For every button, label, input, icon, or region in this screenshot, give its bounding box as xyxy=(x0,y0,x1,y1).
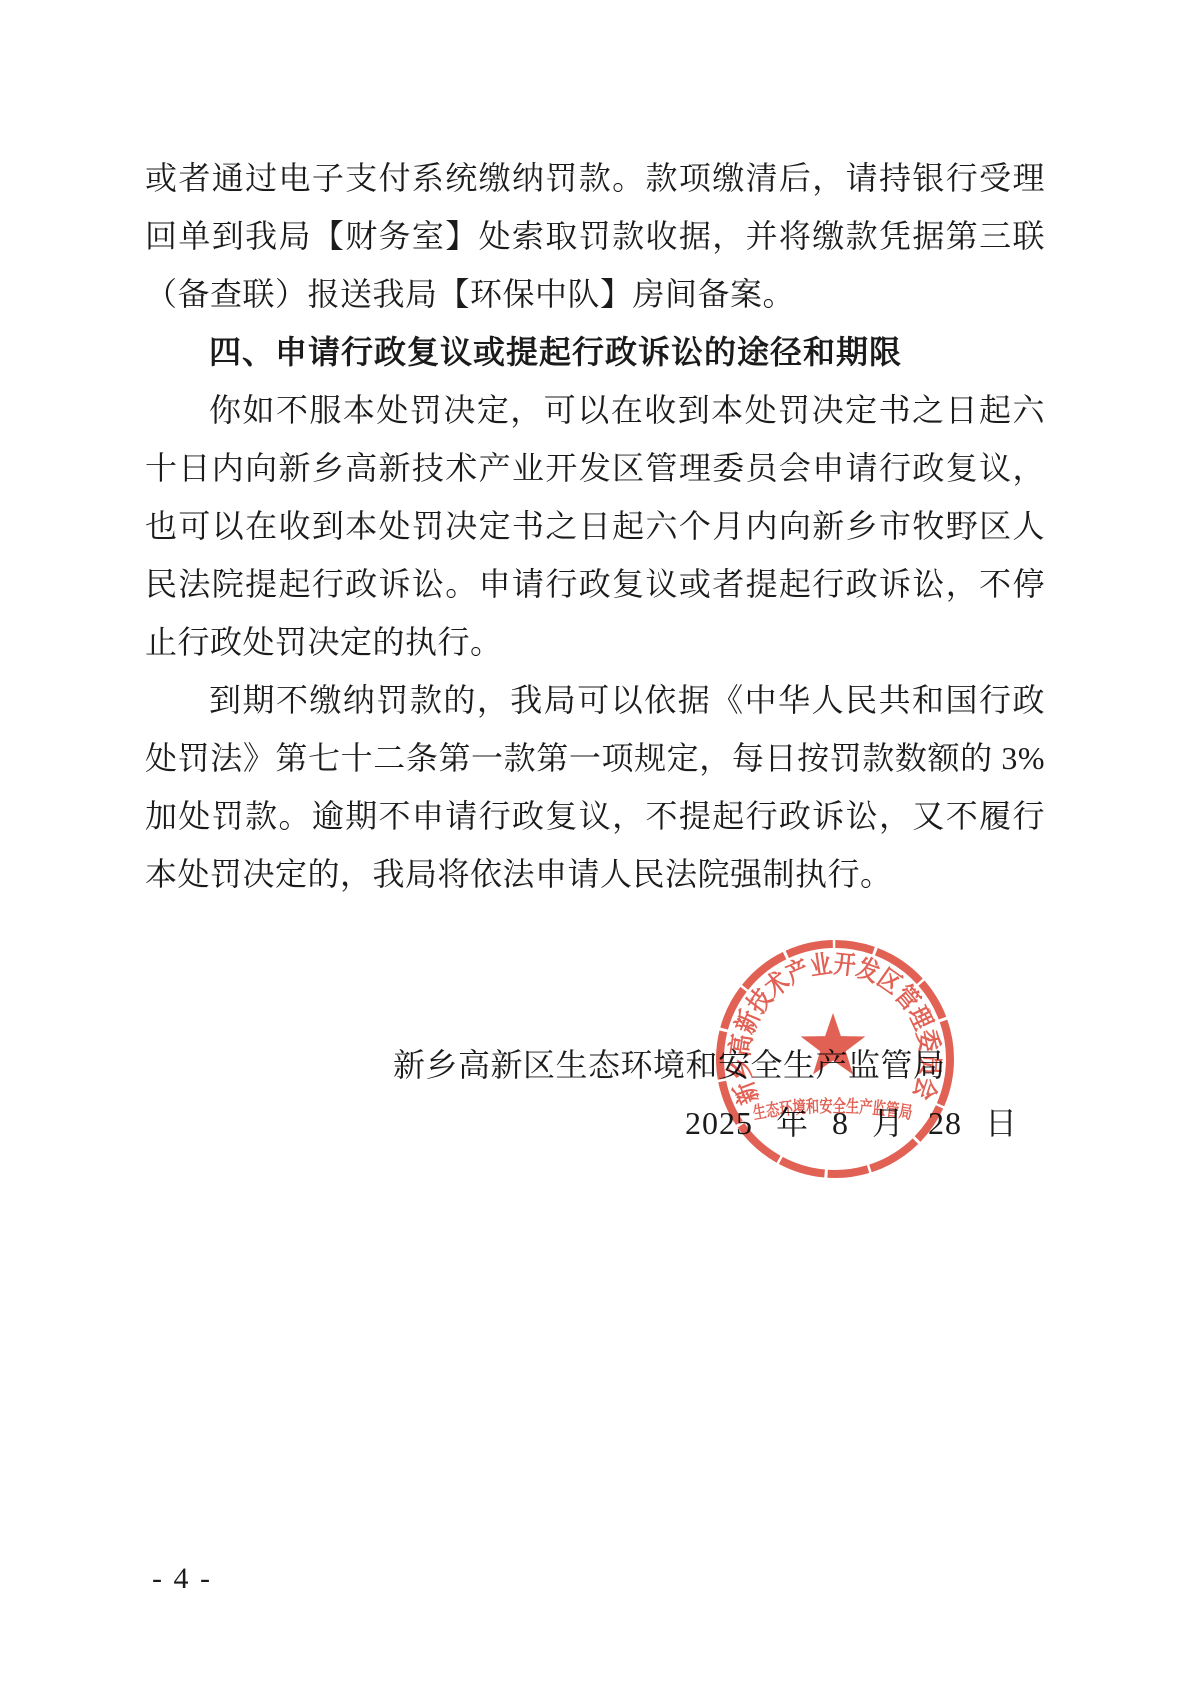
signature-date: 2025 年 8 月 28 日 xyxy=(685,1098,1018,1144)
page-number: - 4 - xyxy=(152,1562,212,1596)
section-heading-appeal: 四、申请行政复议或提起行政诉讼的途径和期限 xyxy=(145,323,1045,381)
document-body: 或者通过电子支付系统缴纳罚款。款项缴清后，请持银行受理回单到我局【财务室】处索取… xyxy=(145,149,1045,903)
signature-agency: 新乡高新区生态环境和安全生产监管局 xyxy=(393,1040,946,1086)
paragraph-review-litigation: 你如不服本处罚决定，可以在收到本处罚决定书之日起六十日内向新乡高新技术产业开发区… xyxy=(145,381,1045,671)
document-page: 或者通过电子支付系统缴纳罚款。款项缴清后，请持银行受理回单到我局【财务室】处索取… xyxy=(0,0,1190,1684)
paragraph-payment-instructions: 或者通过电子支付系统缴纳罚款。款项缴清后，请持银行受理回单到我局【财务室】处索取… xyxy=(145,149,1045,323)
paragraph-enforcement: 到期不缴纳罚款的，我局可以依据《中华人民共和国行政处罚法》第七十二条第一款第一项… xyxy=(145,671,1045,903)
